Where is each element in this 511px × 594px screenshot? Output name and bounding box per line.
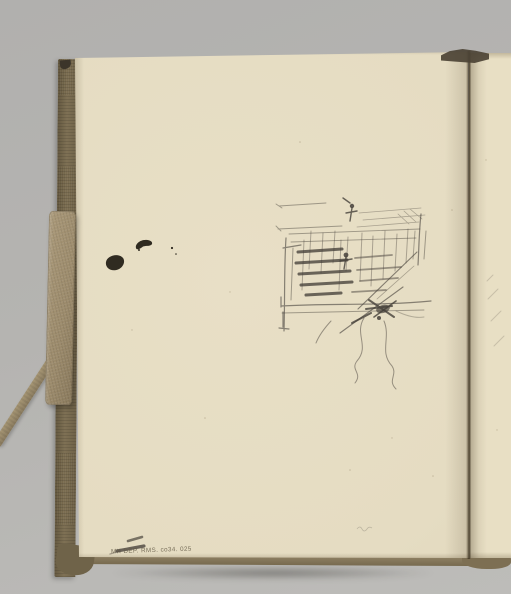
binding-strap <box>45 211 76 406</box>
photo-backdrop: { "artifact": { "inscription": "MK DEP. … <box>0 0 511 594</box>
gutter-shadow-patch <box>441 46 489 63</box>
right-page <box>469 53 511 558</box>
left-page <box>74 49 471 560</box>
book-shadow <box>55 564 491 582</box>
page-gutter <box>466 51 471 559</box>
